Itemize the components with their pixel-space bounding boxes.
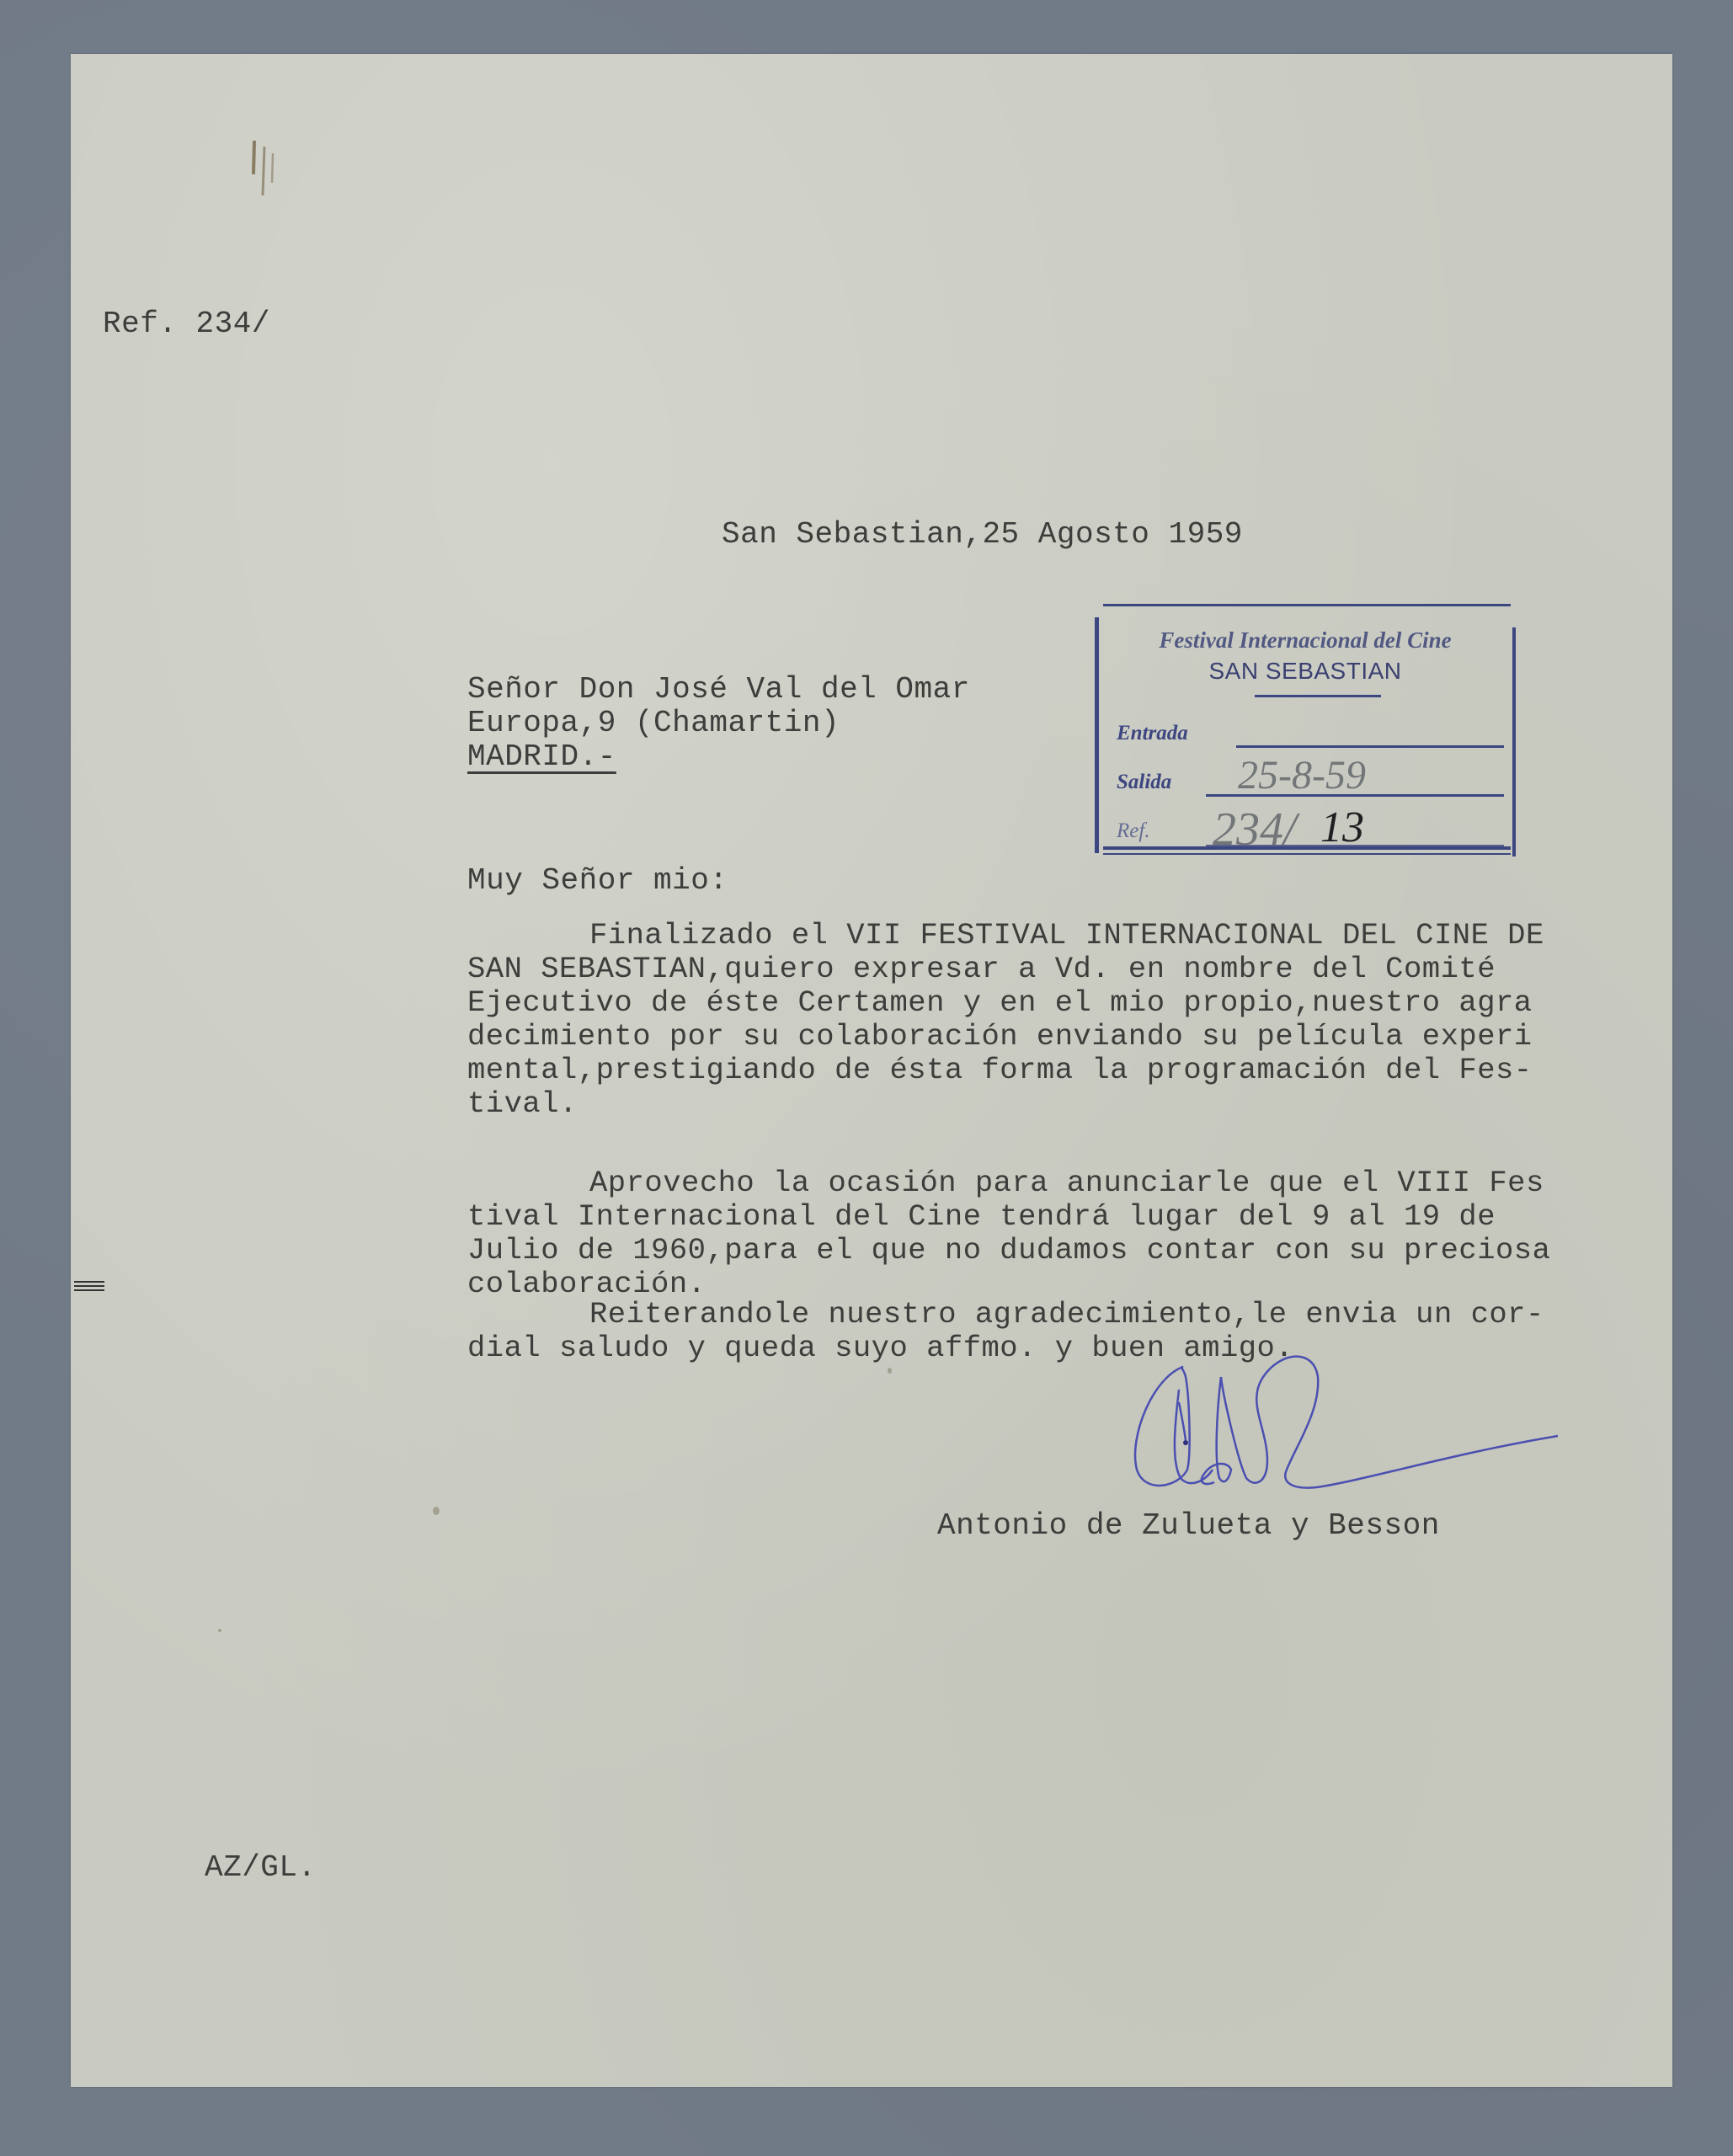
stamp-border-right — [1512, 627, 1516, 857]
stamp-label-ref: Ref. — [1117, 819, 1150, 843]
recipient-street: Europa,9 (Chamartin) — [467, 708, 840, 739]
body-line: tival Internacional del Cine tendrá luga… — [467, 1202, 1496, 1232]
body-line: tival. — [467, 1089, 578, 1119]
pencil-marks — [246, 136, 296, 204]
handwritten-signature — [1120, 1343, 1575, 1495]
body-line: colaboración. — [467, 1269, 706, 1299]
typist-initials: AZ/GL. — [205, 1853, 317, 1883]
recipient-name: Señor Don José Val del Omar — [467, 675, 970, 705]
stamp-line-entrada — [1236, 745, 1504, 748]
paper-speck — [888, 1368, 892, 1374]
stamp-border-bottom-inner — [1103, 853, 1511, 855]
body-line: decimiento por su colaboración enviando … — [467, 1022, 1533, 1052]
handwritten-ref-suffix: 13 — [1320, 803, 1364, 852]
margin-tick-mark — [74, 1280, 104, 1292]
handwritten-ref-number: 234/ — [1213, 803, 1297, 857]
stamp-border-top — [1103, 604, 1511, 606]
stamp-border-left — [1095, 617, 1099, 853]
place-and-date: San Sebastian,25 Agosto 1959 — [722, 520, 1243, 550]
stamp-border-bottom — [1103, 846, 1511, 850]
stamp-title: Festival Internacional del Cine — [1120, 627, 1490, 654]
handwritten-salida-date: 25-8-59 — [1238, 752, 1366, 798]
body-line: Aprovecho la ocasión para anunciarle que… — [467, 1168, 1544, 1198]
body-line: Ejecutivo de éste Certamen y en el mio p… — [467, 988, 1533, 1018]
body-line: Julio de 1960,para el que no dudamos con… — [467, 1235, 1550, 1266]
signer-name: Antonio de Zulueta y Besson — [937, 1511, 1440, 1541]
paper-speck — [218, 1629, 221, 1632]
stamp-city: SAN SEBASTIAN — [1120, 658, 1490, 685]
salutation: Muy Señor mio: — [467, 866, 728, 896]
body-line: Reiterandole nuestro agradecimiento,le e… — [467, 1299, 1544, 1330]
paper-speck — [433, 1507, 440, 1515]
recipient-city: MADRID.- — [467, 742, 616, 772]
body-line: Finalizado el VII FESTIVAL INTERNACIONAL… — [467, 921, 1544, 951]
stamp-label-salida: Salida — [1117, 771, 1171, 794]
body-line: SAN SEBASTIAN,quiero expresar a Vd. en n… — [467, 954, 1496, 985]
reference-number: Ref. 234/ — [103, 309, 270, 339]
registry-stamp: Festival Internacional del Cine SAN SEBA… — [1095, 594, 1516, 862]
stamp-divider — [1255, 695, 1381, 697]
body-line: mental,prestigiando de ésta forma la pro… — [467, 1055, 1533, 1086]
stamp-label-entrada: Entrada — [1117, 722, 1188, 745]
